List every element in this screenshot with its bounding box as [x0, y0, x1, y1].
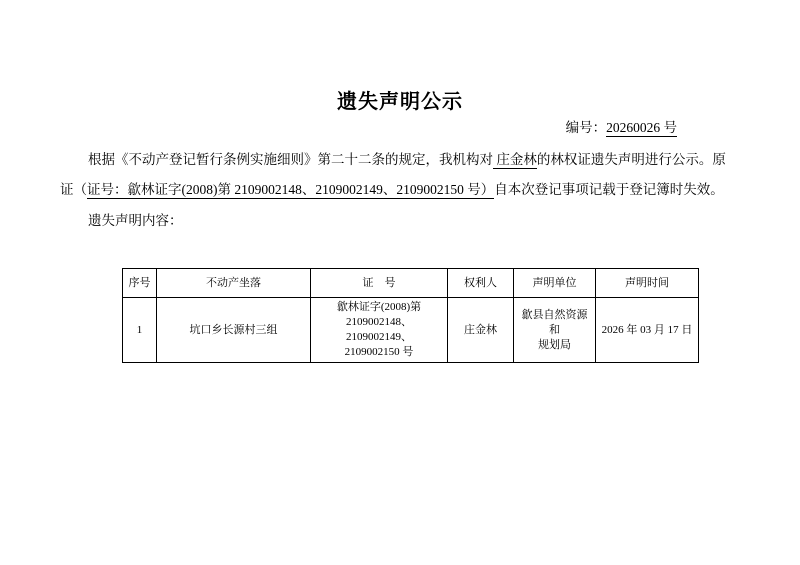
document-number-label: 编号： — [566, 120, 607, 135]
document-page: 遗失声明公示 编号：20260026 号 根据《不动产登记暂行条例实施细则》第二… — [0, 0, 800, 565]
header-seq: 序号 — [123, 269, 157, 298]
content-section-label: 遗失声明内容： — [88, 211, 183, 230]
cell-right-holder: 庄金林 — [448, 298, 514, 363]
certificate-number-underlined: 证号：歙林证字(2008)第 2109002148、2109002149、210… — [87, 182, 494, 199]
body-text-segment: 自本次登记事项记载于登记簿时失效。 — [494, 182, 724, 197]
cell-property-location: 坑口乡长源村三组 — [157, 298, 311, 363]
cell-seq: 1 — [123, 298, 157, 363]
cell-declaring-unit: 歙县自然资源和 规划局 — [514, 298, 596, 363]
holder-name-underlined: 庄金林 — [493, 152, 537, 169]
body-paragraph-line-1: 根据《不动产登记暂行条例实施细则》第二十二条的规定，我机构对 庄金林的林权证遗失… — [60, 150, 726, 169]
header-right-holder: 权利人 — [448, 269, 514, 298]
header-declaration-date: 声明时间 — [596, 269, 699, 298]
cell-declaration-date: 2026 年 03 月 17 日 — [596, 298, 699, 363]
header-certificate-no: 证 号 — [311, 269, 448, 298]
body-paragraph-line-2: 证（证号：歙林证字(2008)第 2109002148、2109002149、2… — [60, 180, 724, 199]
table-row: 1 坑口乡长源村三组 歙林证字(2008)第 2109002148、210900… — [123, 298, 699, 363]
header-property-location: 不动产坐落 — [157, 269, 311, 298]
body-text-segment: 证（ — [60, 182, 87, 197]
table-header-row: 序号 不动产坐落 证 号 权利人 声明单位 声明时间 — [123, 269, 699, 298]
header-declaring-unit: 声明单位 — [514, 269, 596, 298]
document-number: 编号：20260026 号 — [566, 119, 677, 137]
document-number-value: 20260026 号 — [606, 120, 677, 137]
page-title: 遗失声明公示 — [0, 85, 800, 114]
body-text-segment: 的林权证遗失声明进行公示。原 — [537, 152, 726, 167]
declaration-table: 序号 不动产坐落 证 号 权利人 声明单位 声明时间 1 坑口乡长源村三组 歙林… — [122, 268, 699, 363]
body-text-segment: 根据《不动产登记暂行条例实施细则》第二十二条的规定，我机构对 — [88, 152, 493, 167]
cell-certificate-no: 歙林证字(2008)第 2109002148、2109002149、 21090… — [311, 298, 448, 363]
